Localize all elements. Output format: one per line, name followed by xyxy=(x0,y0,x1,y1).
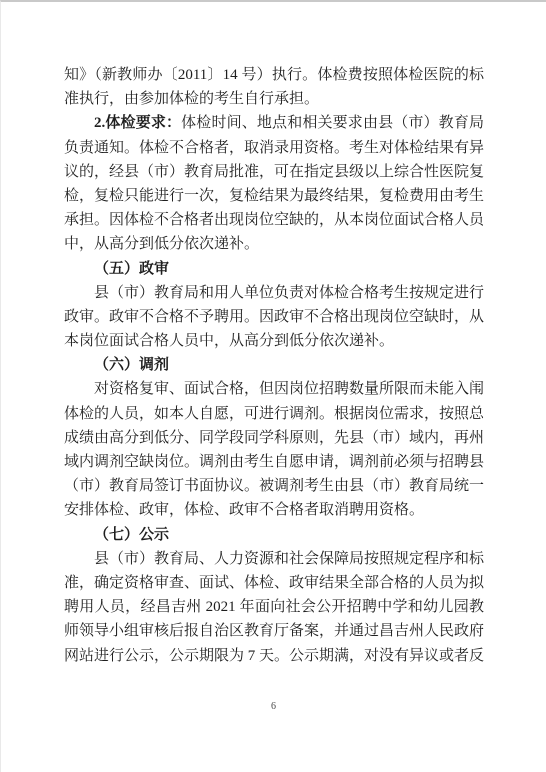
text-line: 准执行，由参加体检的考生自行承担。 xyxy=(64,87,484,111)
text-line: 政审。政审不合格不予聘用。因政审不合格出现岗位空缺时，从 xyxy=(64,305,484,329)
document-page: 知》（新教师办〔2011〕14 号）执行。体检费按照体检医院的标 准执行，由参加… xyxy=(0,0,546,772)
text-line: 县（市）教育局、人力资源和社会保障局按照规定程序和标 xyxy=(64,547,484,571)
document-body: 知》（新教师办〔2011〕14 号）执行。体检费按照体检医院的标 准执行，由参加… xyxy=(64,63,484,668)
text-line: 准，确定资格审查、面试、体检、政审结果全部合格的人员为拟 xyxy=(64,571,484,595)
text-line: 中，从高分到低分依次递补。 xyxy=(64,232,484,256)
text-line: 安排体检、政审，体检、政审不合格者取消聘用资格。 xyxy=(64,498,484,522)
text-line: 县（市）教育局和用人单位负责对体检合格考生按规定进行 xyxy=(64,281,484,305)
text-run: 体检时间、地点和相关要求由县（市）教育局 xyxy=(181,115,484,131)
text-line: 网站进行公示，公示期限为 7 天。公示期满，对没有异议或者反 xyxy=(64,644,484,668)
text-line: 域内调剂空缺岗位。调剂由考生自愿申请，调剂前必须与招聘县 xyxy=(64,450,484,474)
text-line: 成绩由高分到低分、同学段同学科原则，先县（市）域内，再州 xyxy=(64,426,484,450)
bold-run: 2.体检要求： xyxy=(94,115,181,131)
page-number: 6 xyxy=(1,701,546,712)
text-line: 议的，经县（市）教育局批准，可在指定县级以上综合性医院复 xyxy=(64,160,484,184)
text-line: 检，复检只能进行一次，复检结果为最终结果，复检费用由考生 xyxy=(64,184,484,208)
text-line: 本岗位面试合格人员中，从高分到低分依次递补。 xyxy=(64,329,484,353)
section-heading: （六）调剂 xyxy=(64,353,484,377)
text-line: 负责通知。体检不合格者，取消录用资格。考生对体检结果有异 xyxy=(64,136,484,160)
section-heading: （七）公示 xyxy=(64,523,484,547)
text-line: 2.体检要求：体检时间、地点和相关要求由县（市）教育局 xyxy=(64,111,484,135)
text-line: （市）教育局签订书面协议。被调剂考生由县（市）教育局统一 xyxy=(64,474,484,498)
text-line: 对资格复审、面试合格，但因岗位招聘数量所限而未能入闱 xyxy=(64,377,484,401)
text-line: 承担。因体检不合格者出现岗位空缺的，从本岗位面试合格人员 xyxy=(64,208,484,232)
text-line: 体检的人员，如本人自愿，可进行调剂。根据岗位需求，按照总 xyxy=(64,402,484,426)
text-line: 知》（新教师办〔2011〕14 号）执行。体检费按照体检医院的标 xyxy=(64,63,484,87)
text-line: 聘用人员，经昌吉州 2021 年面向社会公开招聘中学和幼儿园教 xyxy=(64,595,484,619)
text-line: 师领导小组审核后报自治区教育厅备案，并通过昌吉州人民政府 xyxy=(64,619,484,643)
section-heading: （五）政审 xyxy=(64,257,484,281)
